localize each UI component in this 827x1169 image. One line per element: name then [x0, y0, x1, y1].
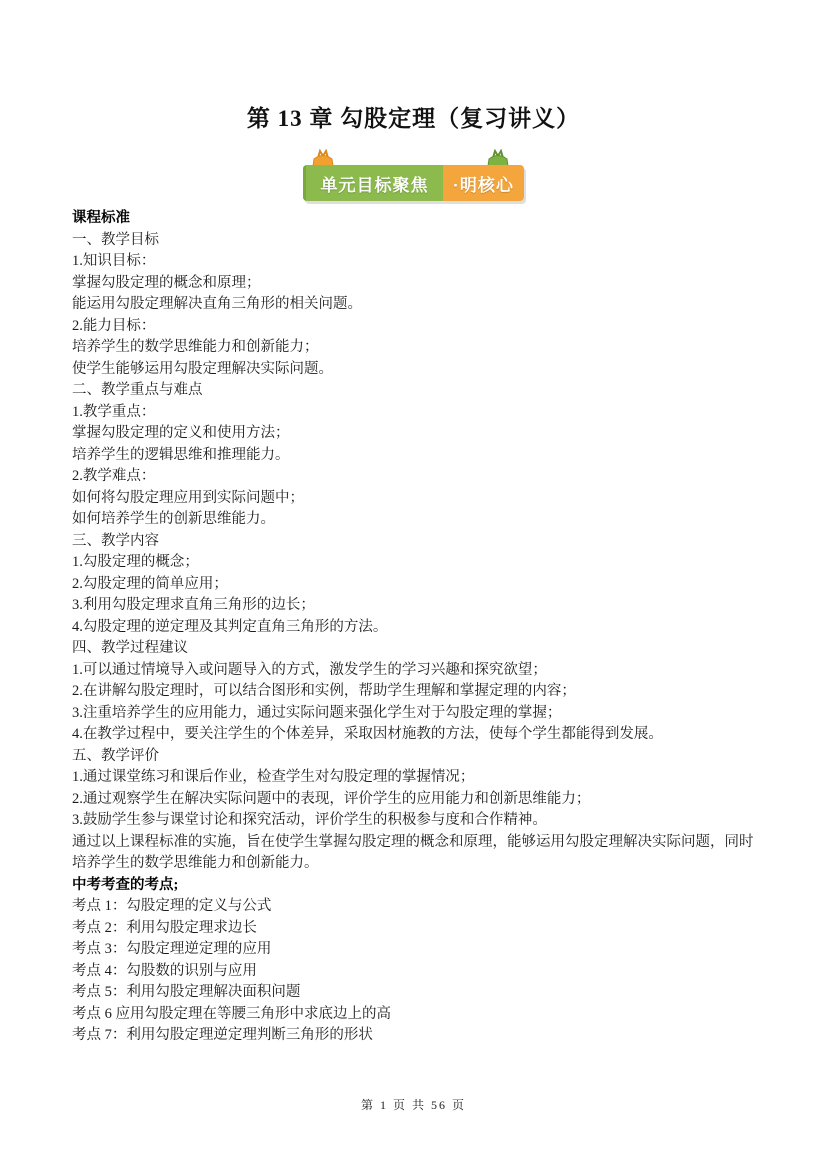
- body-line: 一、教学目标: [72, 230, 757, 252]
- body-line: 四、教学过程建议: [72, 638, 757, 660]
- body-line: 3.利用勾股定理求直角三角形的边长；: [72, 595, 757, 617]
- body-line: 二、教学重点与难点: [72, 380, 757, 402]
- body-line: 4.勾股定理的逆定理及其判定直角三角形的方法。: [72, 617, 757, 639]
- banner-left-label: 单元目标聚焦: [321, 171, 429, 196]
- body-line: 使学生能够运用勾股定理解决实际问题。: [72, 359, 757, 381]
- body-line: 考点 6 应用勾股定理在等腰三角形中求底边上的高: [72, 1004, 757, 1026]
- body-line: 2.在讲解勾股定理时，可以结合图形和实例，帮助学生理解和掌握定理的内容；: [72, 681, 757, 703]
- body-line: 3.鼓励学生参与课堂讨论和探究活动，评价学生的积极参与度和合作精神。: [72, 810, 757, 832]
- body-line: 能运用勾股定理解决直角三角形的相关问题。: [72, 294, 757, 316]
- body-line: 考点 3：勾股定理逆定理的应用: [72, 939, 757, 961]
- unit-goal-banner: 单元目标聚焦 ·明核心: [303, 149, 524, 202]
- page-number-footer: 第 1 页 共 56 页: [0, 1096, 827, 1113]
- body-line: 如何将勾股定理应用到实际问题中；: [72, 488, 757, 510]
- body-line: 考点 1：勾股定理的定义与公式: [72, 896, 757, 918]
- body-line: 五、教学评价: [72, 746, 757, 768]
- banner-bar: 单元目标聚焦 ·明核心: [303, 165, 524, 201]
- body-line: 三、教学内容: [72, 531, 757, 553]
- body-line: 如何培养学生的创新思维能力。: [72, 509, 757, 531]
- banner-left-segment: 单元目标聚焦: [303, 165, 443, 201]
- body-line: 通过以上课程标准的实施，旨在使学生掌握勾股定理的概念和原理，能够运用勾股定理解决…: [72, 832, 757, 875]
- body-line: 培养学生的逻辑思维和推理能力。: [72, 445, 757, 467]
- body-line: 考点 7：利用勾股定理逆定理判断三角形的形状: [72, 1025, 757, 1047]
- body-line: 考点 5：利用勾股定理解决面积问题: [72, 982, 757, 1004]
- body-line: 1.通过课堂练习和课后作业，检查学生对勾股定理的掌握情况；: [72, 767, 757, 789]
- body-line: 考点 2：利用勾股定理求边长: [72, 918, 757, 940]
- banner-right-segment: ·明核心: [443, 165, 524, 201]
- body-line: 2.能力目标：: [72, 316, 757, 338]
- body-line: 1.知识目标：: [72, 251, 757, 273]
- page-title: 第 13 章 勾股定理（复习讲义）: [0, 0, 827, 133]
- body-line: 2.通过观察学生在解决实际问题中的表现，评价学生的应用能力和创新思维能力；: [72, 789, 757, 811]
- section-heading: 课程标准: [72, 208, 757, 230]
- body-line: 3.注重培养学生的应用能力，通过实际问题来强化学生对于勾股定理的掌握；: [72, 703, 757, 725]
- body-line: 2.教学难点：: [72, 466, 757, 488]
- body-line: 1.教学重点：: [72, 402, 757, 424]
- body-line: 2.勾股定理的简单应用；: [72, 574, 757, 596]
- body-line: 培养学生的数学思维能力和创新能力；: [72, 337, 757, 359]
- section-heading: 中考考查的考点;: [72, 875, 757, 897]
- body-line: 4.在教学过程中，要关注学生的个体差异，采取因材施教的方法，使每个学生都能得到发…: [72, 724, 757, 746]
- body-line: 1.勾股定理的概念；: [72, 552, 757, 574]
- body-line: 考点 4：勾股数的识别与应用: [72, 961, 757, 983]
- body-line: 掌握勾股定理的概念和原理；: [72, 273, 757, 295]
- body-line: 1.可以通过情境导入或问题导入的方式，激发学生的学习兴趣和探究欲望；: [72, 660, 757, 682]
- document-body: 课程标准 一、教学目标 1.知识目标： 掌握勾股定理的概念和原理； 能运用勾股定…: [72, 208, 757, 1047]
- banner-right-label: ·明核心: [453, 171, 514, 196]
- document-page: 第 13 章 勾股定理（复习讲义） 单元目标聚焦 ·明核心 课程标准 一、教学目…: [0, 0, 827, 1169]
- body-line: 掌握勾股定理的定义和使用方法；: [72, 423, 757, 445]
